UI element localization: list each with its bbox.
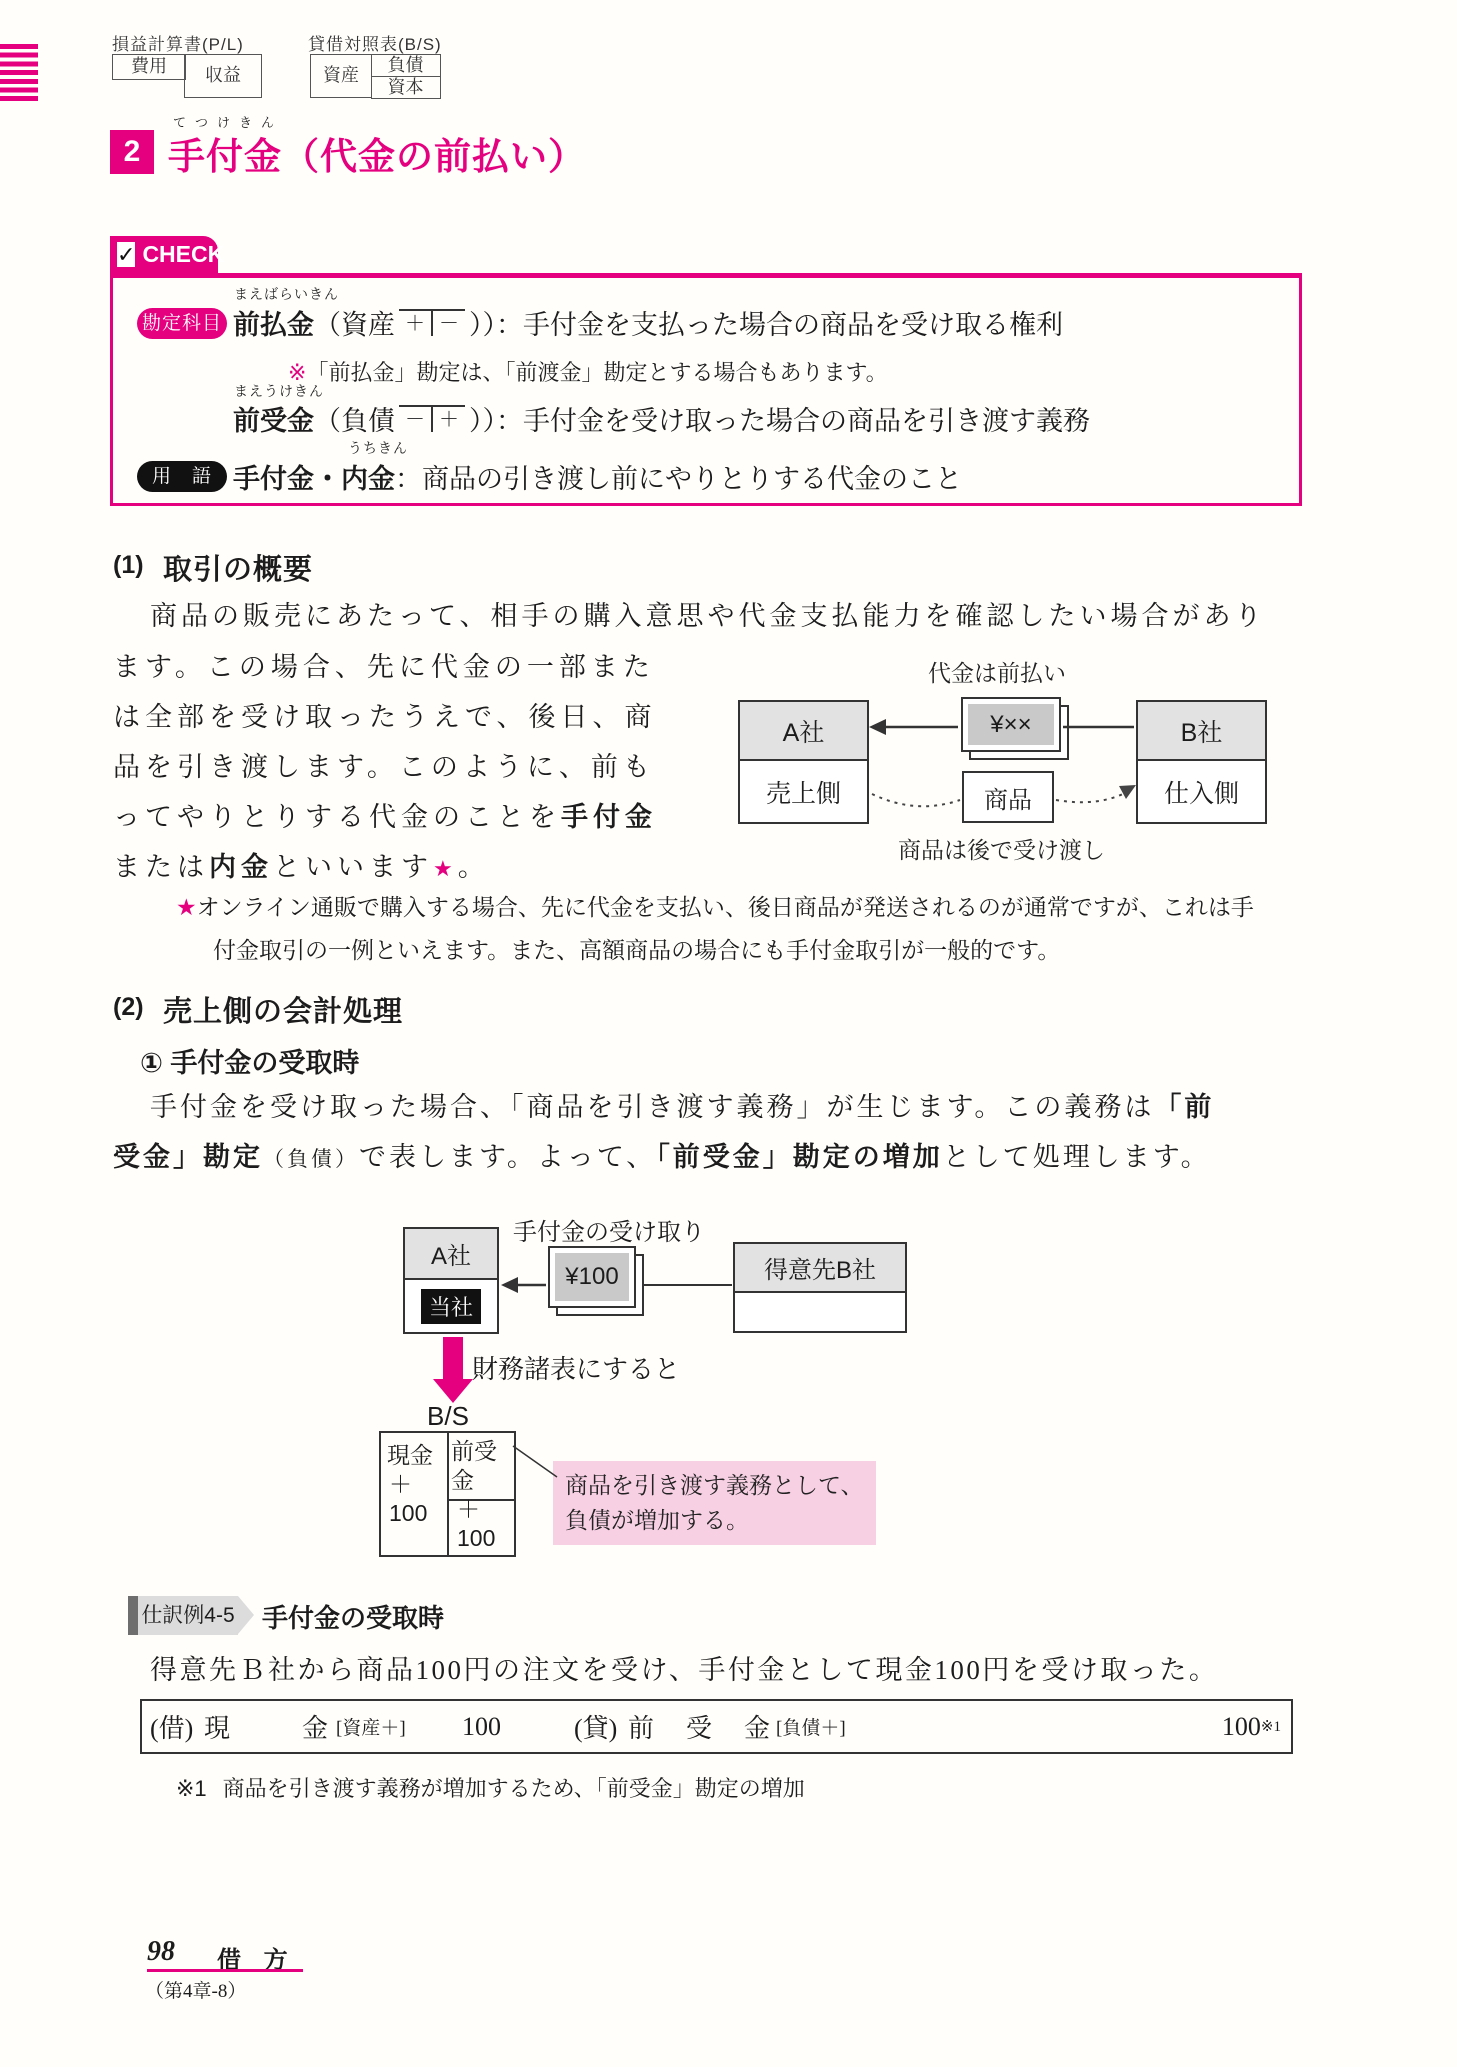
debit-account-char: 現: [204, 1701, 230, 1752]
money-bill-icon: ¥100: [548, 1246, 636, 1308]
furigana-maebaraikin: まえばらいきん: [234, 284, 339, 304]
term-description: ）：手付金を支払った場合の商品を受け取る権利: [483, 310, 1064, 340]
term-tetsukekin-uchikin: 手付金・内金: [233, 464, 395, 494]
debit-account-char: 金: [302, 1701, 328, 1752]
pl-expense-cell: 費用: [112, 54, 186, 80]
paragraph-line: 品を引き渡します。このように、前も: [113, 745, 655, 784]
debit-label: (借): [150, 1701, 193, 1752]
section2-heading: 売上側の会計処理: [163, 989, 403, 1030]
goods-box: 商品: [962, 771, 1054, 823]
cash-cell: 現金 ＋100: [381, 1433, 447, 1528]
paren-liability: （負債）: [263, 1147, 359, 1171]
debit-element-tag: [資産＋]: [336, 1701, 406, 1752]
credit-account-char: 金: [744, 1701, 770, 1752]
bs-label: B/S: [427, 1401, 469, 1432]
diagram1-bottom-label: 商品は後で受け渡し: [898, 832, 1105, 865]
keyword-maeuke-kanjo: 受金」勘定: [113, 1142, 263, 1172]
footnote-ref: ※1: [1261, 1717, 1281, 1736]
own-company-badge: 当社: [421, 1289, 481, 1324]
paragraph-line: 受金」勘定（負債）で表します。よって、「前受金」勘定の増加として処理します。: [113, 1135, 1211, 1174]
keyword-tetsukekin: 手付金: [561, 802, 657, 832]
star-icon: ★: [176, 894, 197, 920]
diagram2-label: 手付金の受け取り: [513, 1212, 705, 1247]
credit-account-char: 受: [686, 1701, 712, 1752]
bs-table-title: 貸借対照表(B/S): [308, 30, 442, 55]
check-line-maebarai: 前払金（資産＋－））：手付金を支払った場合の商品を受け取る権利: [233, 303, 1063, 342]
furigana-uchikin: うちきん: [348, 438, 408, 458]
chapter-tab-stripes: [0, 44, 38, 105]
check-line-term: 手付金・内金：商品の引き渡し前にやりとりする代金のこと: [233, 457, 962, 496]
example-badge: 仕訳例4-5: [138, 1596, 238, 1635]
down-arrow-icon: [433, 1337, 473, 1403]
section-number-badge: 2: [110, 130, 154, 174]
section1-number: (1): [113, 551, 144, 580]
term-maeukekin: 前受金: [233, 406, 314, 436]
pl-table-title: 損益計算書(P/L): [112, 30, 244, 55]
furigana-maeukekin: まえうけきん: [234, 381, 324, 401]
journal-entry-table: (借) 現 金 [資産＋] 100 (貸) 前 受 金 [負債＋] 100※1: [140, 1699, 1293, 1754]
money-amount: ¥××: [968, 704, 1054, 745]
paragraph-line: 手付金を受け取った場合、「商品を引き渡す義務」が生じます。この義務は「前: [150, 1085, 1214, 1124]
term-paren-close: ）: [469, 310, 483, 340]
check-badge: ✓ CHECK: [110, 236, 218, 273]
account-item-badge: 勘定科目: [137, 308, 227, 339]
paragraph-line: は全部を受け取ったうえで、後日、商: [113, 695, 656, 734]
textbook-page: 損益計算書(P/L) 費用 収益 貸借対照表(B/S) 資産 負債 資本 2 て…: [0, 0, 1457, 2067]
note-text: 「前払金」勘定は、「前渡金」勘定とする場合もあります。: [306, 360, 887, 385]
credit-amount: 100※1: [1222, 1701, 1281, 1752]
company-a-role: 売上側: [740, 761, 867, 822]
term-description: ）：手付金を受け取った場合の商品を引き渡す義務: [483, 406, 1091, 436]
company-b-name: B社: [1138, 702, 1265, 761]
page-title: 手付金（代金の前払い）: [168, 126, 586, 180]
company-a-box: A社 売上側: [738, 700, 869, 824]
check-note: ※「前払金」勘定は、「前渡金」勘定とする場合もあります。: [288, 356, 888, 387]
section2-subheading: ① 手付金の受取時: [140, 1041, 359, 1080]
example-badge-arrow: [238, 1596, 254, 1634]
paragraph-line: 商品の販売にあたって、相手の購入意思や代金支払能力を確認したい場合があり: [150, 594, 1265, 633]
pl-revenue-cell: 収益: [184, 54, 262, 98]
star-footnote: ★オンライン通販で購入する場合、先に代金を支払い、後日商品が発送されるのが通常で…: [176, 886, 1254, 972]
advance-received-cell: 前受金 ＋100: [449, 1433, 516, 1501]
example-title: 手付金の受取時: [262, 1598, 444, 1635]
keyword-maeuke-increase: 「前受金」勘定の増加: [656, 1142, 943, 1172]
diagram1-top-label: 代金は前払い: [928, 655, 1066, 688]
page-number: 98: [147, 1936, 175, 1968]
arrow-label: 財務諸表にすると: [472, 1349, 680, 1386]
company-b-box: B社 仕入側: [1136, 700, 1267, 824]
journal-footnote: ※1商品を引き渡す義務が増加するため、「前受金」勘定の増加: [176, 1772, 805, 1803]
customer-b-box: 得意先B社: [733, 1242, 907, 1333]
chapter-reference: （第4章-8）: [145, 1976, 246, 2003]
liability-note: 商品を引き渡す義務として、 負債が増加する。: [553, 1461, 876, 1545]
t-account-liability-icon: －＋: [399, 405, 465, 432]
company-a-box-2: A社 当社: [403, 1227, 499, 1334]
example-accent-bar: [128, 1596, 138, 1635]
star-ref-mark: ★: [433, 856, 458, 881]
checkmark-icon: ✓: [117, 242, 135, 267]
bs-capital-cell: 資本: [371, 76, 441, 99]
company-b-role: 仕入側: [1138, 761, 1265, 822]
term-kind: （資産: [314, 310, 395, 340]
example-body: 得意先Ｂ社から商品100円の注文を受け、手付金として現金100円を受け取った。: [150, 1648, 1218, 1687]
bs-assets-cell: 資産: [310, 54, 372, 98]
paragraph-line: または内金といいます★。: [113, 845, 490, 884]
keyword-maeuke-open: 「前: [1154, 1092, 1214, 1122]
credit-account-char: 前: [628, 1701, 654, 1752]
section2-number: (2): [113, 993, 144, 1022]
credit-label: (貸): [574, 1701, 617, 1752]
money-amount: ¥100: [555, 1253, 629, 1301]
money-bill-icon: ¥××: [961, 697, 1061, 752]
company-a-name: A社: [405, 1229, 497, 1280]
t-account-asset-icon: ＋－: [399, 309, 465, 336]
balance-sheet-table: 現金 ＋100 前受金 ＋100: [379, 1431, 516, 1557]
term-paren-close: ）: [469, 406, 483, 436]
keyword-uchikin: 内金: [209, 852, 273, 882]
paragraph-line: ってやりとりする代金のことを手付金: [113, 795, 657, 834]
term-description: ：商品の引き渡し前にやりとりする代金のこと: [395, 464, 962, 494]
check-label: CHECK: [142, 241, 224, 268]
bs-liabilities-cell: 負債: [371, 54, 441, 77]
company-a-name: A社: [740, 702, 867, 761]
section1-heading: 取引の概要: [163, 547, 313, 588]
term-maebaraikin: 前払金: [233, 310, 314, 340]
customer-b-name: 得意先B社: [735, 1244, 905, 1293]
check-line-maeuke: 前受金（負債－＋））：手付金を受け取った場合の商品を引き渡す義務: [233, 399, 1090, 438]
debit-amount: 100: [462, 1701, 501, 1752]
paragraph-line: ます。この場合、先に代金の一部また: [113, 645, 655, 684]
credit-element-tag: [負債＋]: [776, 1701, 846, 1752]
footer-accent-line: [147, 1969, 303, 1972]
term-badge: 用 語: [137, 461, 227, 492]
term-kind: （負債: [314, 406, 395, 436]
